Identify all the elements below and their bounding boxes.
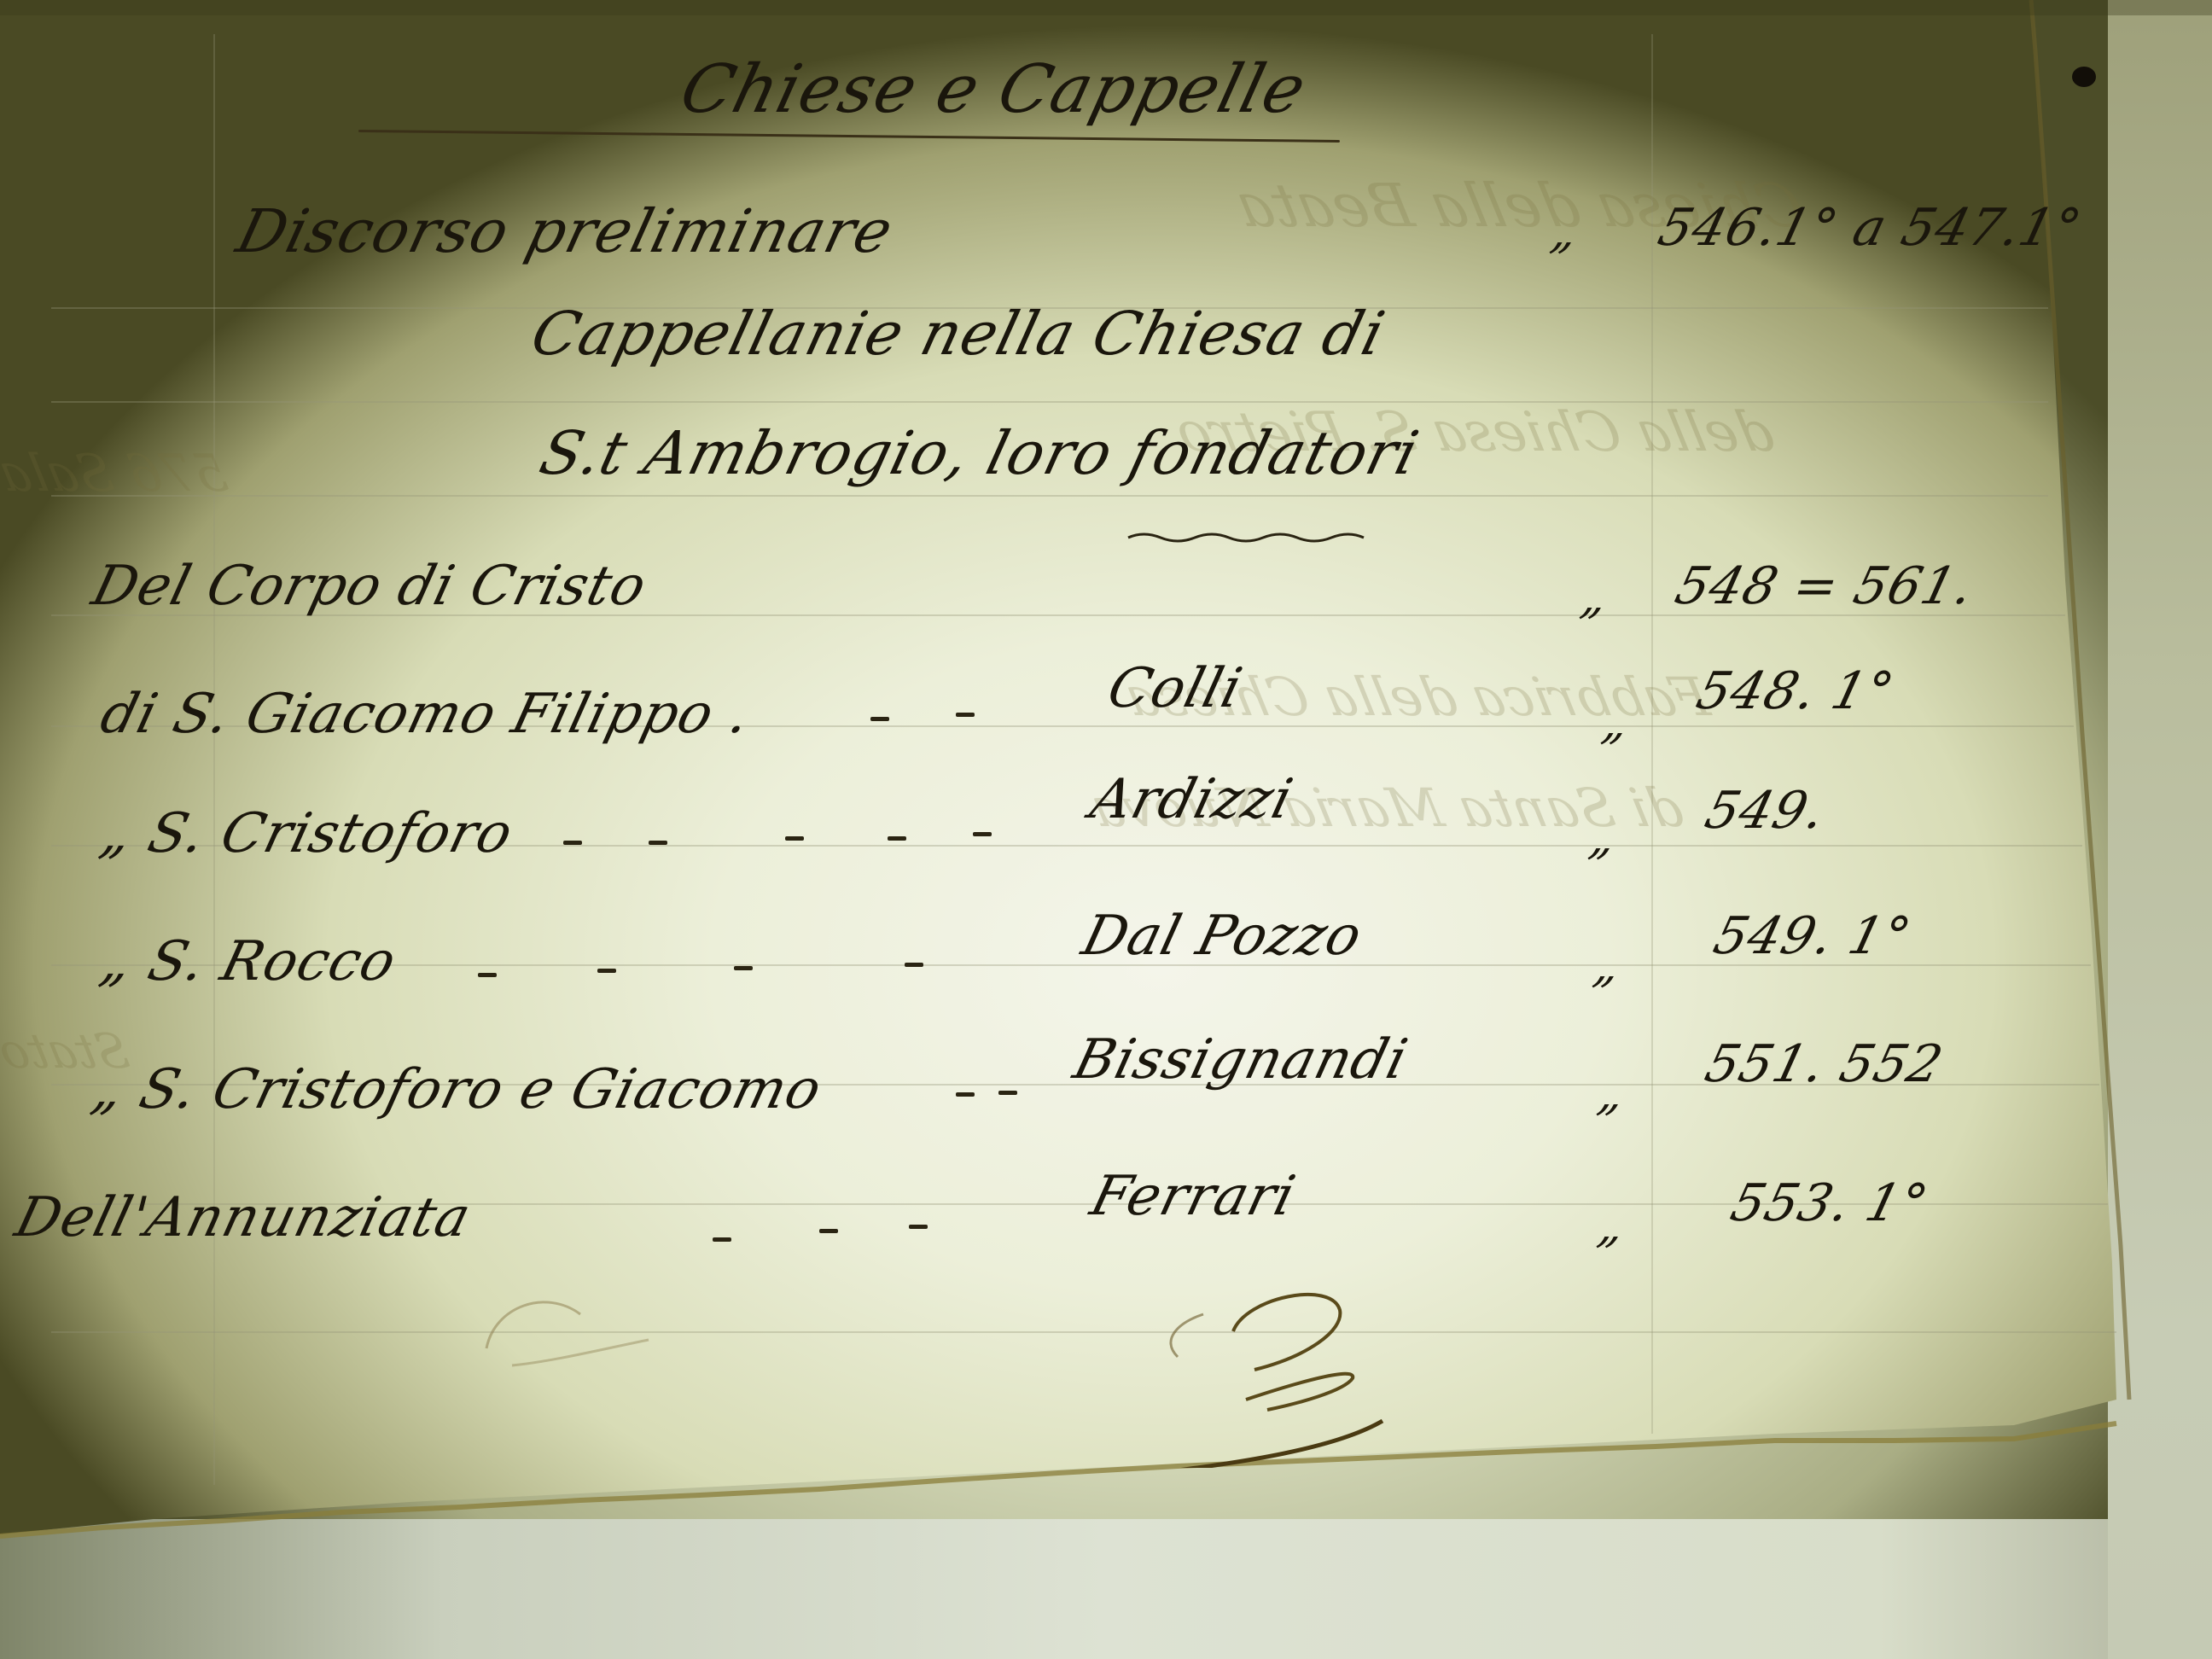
- faint-flourish-icon: [478, 1280, 666, 1382]
- ruled-line: [51, 495, 2048, 497]
- page-reference: 546.1° a 547.1°: [1652, 198, 2087, 258]
- document-photo: Chiesa della Beata della Chiesa S. Pietr…: [0, 0, 2212, 1659]
- leader-dash: [870, 717, 889, 721]
- page-reference: 548. 1°: [1691, 661, 1900, 721]
- leader-dash: [713, 1237, 731, 1242]
- founder-name: Colli: [1102, 657, 1249, 720]
- leader-dash: [973, 832, 992, 836]
- page-reference: 549.: [1699, 781, 1831, 841]
- entry-label: di S. Giacomo Filippo .: [95, 683, 757, 746]
- founder-name: Bissignandi: [1068, 1028, 1414, 1091]
- leader-dash: [909, 1225, 928, 1229]
- leader-dash: [905, 963, 923, 967]
- page-reference: 553. 1°: [1725, 1173, 1934, 1233]
- leader-dash: [785, 836, 804, 841]
- fondatori-underline: [1126, 529, 1365, 546]
- margin-rule: [213, 34, 215, 1485]
- ink-spot: [2072, 67, 2096, 87]
- founder-name: Ferrari: [1085, 1165, 1302, 1228]
- entry-label: „ S. Cristoforo: [95, 802, 520, 865]
- column-rule: [1651, 34, 1653, 1434]
- page-title: Chiese e Cappelle: [673, 51, 1314, 128]
- entry-label: Dell'Annunziata: [9, 1186, 477, 1249]
- section-heading-line1: Cappellanie nella Chiesa di: [525, 299, 1392, 369]
- leader-dash: [563, 841, 582, 845]
- leader-dash: [956, 713, 975, 717]
- leader-dash: [478, 973, 497, 977]
- table-surface-right: [2108, 0, 2212, 1659]
- founder-name: Ardizzi: [1085, 768, 1300, 831]
- leader-dash: [597, 969, 616, 973]
- leader-dash: [998, 1091, 1017, 1095]
- leader-dash: [956, 1092, 975, 1097]
- page-reference: 548 = 561.: [1669, 556, 1980, 616]
- leader-dash: [888, 836, 906, 841]
- preliminary-label: Discorso preliminare: [230, 196, 900, 266]
- leader-dash: [734, 966, 753, 970]
- bleed-through-text: 576 Sala: [0, 444, 233, 504]
- page-reference: 549. 1°: [1708, 906, 1917, 966]
- leader-dash: [819, 1229, 838, 1233]
- entry-label: „ S. Cristoforo e Giacomo: [86, 1058, 829, 1121]
- founder-name: Dal Pozzo: [1076, 905, 1369, 968]
- leader-dash: [649, 841, 667, 845]
- section-heading-line2: S.t Ambrogio, loro fondatori: [533, 418, 1426, 488]
- ruled-line: [51, 1331, 2116, 1333]
- entry-label: „ S. Rocco: [95, 930, 403, 993]
- entry-label: Del Corpo di Cristo: [86, 555, 653, 618]
- closing-flourish-icon: [1126, 1263, 1400, 1468]
- table-surface: [0, 1519, 2212, 1659]
- page-reference: 551. 552: [1699, 1034, 1949, 1094]
